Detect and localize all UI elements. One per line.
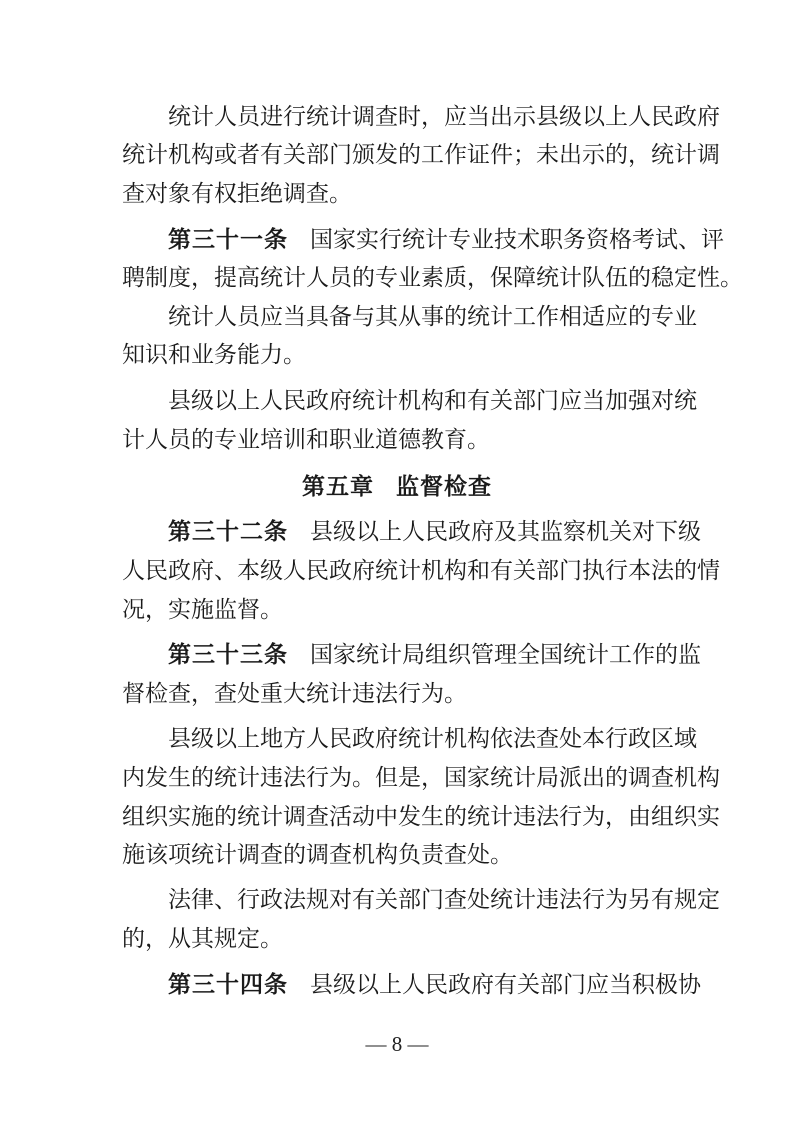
article-text: 国家实行统计专业技术职务资格考试、评 bbox=[310, 227, 724, 253]
paragraph-line: 统计人员进行统计调查时，应当出示县级以上人民政府 bbox=[168, 102, 674, 132]
article-number: 第三十一条 bbox=[168, 227, 288, 253]
chapter-number: 第五章 bbox=[302, 474, 374, 500]
article-text: 国家统计局组织管理全国统计工作的监 bbox=[310, 642, 701, 668]
paragraph-line: 统计机构或者有关部门颁发的工作证件；未出示的，统计调 bbox=[122, 140, 674, 170]
paragraph-line: 施该项统计调查的调查机构负责查处。 bbox=[122, 840, 674, 870]
article-34-first-line: 第三十四条县级以上人民政府有关部门应当积极协 bbox=[168, 970, 674, 1000]
paragraph-line: 人民政府、本级人民政府统计机构和有关部门执行本法的情 bbox=[122, 556, 674, 586]
article-text: 县级以上人民政府及其监察机关对下级 bbox=[310, 519, 701, 545]
paragraph-line: 内发生的统计违法行为。但是，国家统计局派出的调查机构 bbox=[122, 763, 674, 793]
paragraph-line: 的，从其规定。 bbox=[122, 924, 674, 954]
article-32-first-line: 第三十二条县级以上人民政府及其监察机关对下级 bbox=[168, 517, 674, 547]
paragraph-line: 查对象有权拒绝调查。 bbox=[122, 179, 674, 209]
paragraph-line: 况，实施监督。 bbox=[122, 595, 674, 625]
paragraph-line: 县级以上地方人民政府统计机构依法查处本行政区域 bbox=[168, 724, 674, 754]
article-31-first-line: 第三十一条国家实行统计专业技术职务资格考试、评 bbox=[168, 225, 674, 255]
paragraph-line: 聘制度，提高统计人员的专业素质，保障统计队伍的稳定性。 bbox=[122, 263, 674, 293]
paragraph-line: 县级以上人民政府统计机构和有关部门应当加强对统 bbox=[168, 386, 674, 416]
chapter-heading: 第五章监督检查 bbox=[0, 472, 794, 502]
article-number: 第三十四条 bbox=[168, 972, 288, 998]
article-number: 第三十二条 bbox=[168, 519, 288, 545]
article-number: 第三十三条 bbox=[168, 642, 288, 668]
article-33-first-line: 第三十三条国家统计局组织管理全国统计工作的监 bbox=[168, 640, 674, 670]
paragraph-line: 组织实施的统计调查活动中发生的统计违法行为，由组织实 bbox=[122, 802, 674, 832]
paragraph-line: 督检查，查处重大统计违法行为。 bbox=[122, 679, 674, 709]
paragraph-line: 法律、行政法规对有关部门查处统计违法行为另有规定 bbox=[168, 885, 674, 915]
document-page: 统计人员进行统计调查时，应当出示县级以上人民政府 统计机构或者有关部门颁发的工作… bbox=[0, 0, 794, 1122]
article-text: 县级以上人民政府有关部门应当积极协 bbox=[310, 972, 701, 998]
paragraph-line: 计人员的专业培训和职业道德教育。 bbox=[122, 425, 674, 455]
page-number: — 8 — bbox=[0, 1030, 794, 1058]
paragraph-line: 统计人员应当具备与其从事的统计工作相适应的专业 bbox=[168, 302, 674, 332]
chapter-title: 监督检查 bbox=[396, 474, 492, 500]
paragraph-line: 知识和业务能力。 bbox=[122, 340, 674, 370]
